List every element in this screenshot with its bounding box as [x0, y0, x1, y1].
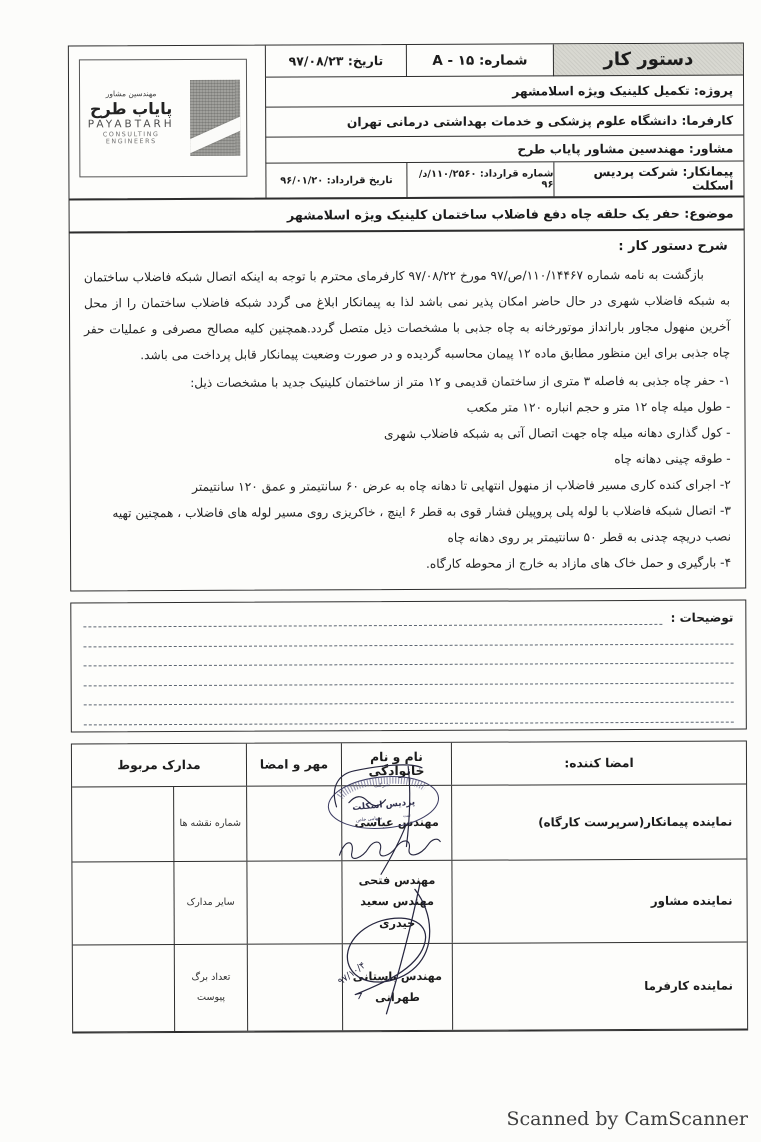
- logo-cell: مهندسین مشاور پایاب طرح PAYABTARH CONSUL…: [69, 46, 266, 199]
- header-docs: مدارک مربوط: [72, 744, 246, 787]
- signature-row-consultant: نماینده مشاور مهندس فتحی مهندس سعید حیدر…: [72, 860, 746, 946]
- name-client: مهندس باستانی طهرانی: [342, 944, 452, 1030]
- signature-header-row: امضا کننده: نام و نام خانوادگی مهر و امض…: [72, 742, 746, 788]
- logo-name-fa: پایاب طرح: [80, 100, 182, 118]
- docs-empty-cell: [72, 787, 173, 861]
- docs-pages: تعداد برگ پیوست: [174, 945, 247, 1031]
- subject-row: موضوع: حفر یک حلقه چاه دفع فاضلاب ساختما…: [69, 196, 745, 233]
- header-table: دستور کار شماره: ۱۵ - A تاریخ: ۹۷/۰۸/۲۳ …: [68, 43, 745, 200]
- item-1c: - طوقه چینی دهانه چاه: [85, 446, 731, 475]
- logo-tagline-fa: مهندسین مشاور: [80, 90, 182, 99]
- docs-drawings: شماره نقشه ها: [173, 787, 246, 861]
- notes-first-line: توضیحات :: [83, 607, 733, 628]
- contract-date-field: تاریخ قرارداد: ۹۶/۰۱/۲۰: [265, 163, 406, 198]
- consultant-name-1: مهندس فتحی: [359, 870, 436, 892]
- header-signer: امضا کننده:: [451, 742, 746, 785]
- item-1a: - طول میله چاه ۱۲ متر و حجم انباره ۱۲۰ م…: [84, 394, 730, 423]
- logo-diagonal-bar: [190, 116, 240, 154]
- docs-empty-cell: [72, 862, 173, 944]
- docs-empty-cell: [73, 945, 174, 1031]
- document-title: دستور کار: [553, 44, 743, 77]
- consultant-name-2: مهندس سعید حیدری: [343, 891, 452, 934]
- signature-row-client: نماینده کارفرما مهندس باستانی طهرانی تعد…: [73, 943, 747, 1033]
- consultant-field: مشاور: مهندسین مشاور پایاب طرح: [265, 136, 743, 164]
- notes-label: توضیحات :: [663, 611, 734, 625]
- description-intro: بازگشت به نامه شماره ۱۱۰/۱۴۴۶۷/ص/۹۷ مورخ…: [84, 262, 730, 369]
- stamp-signature-cell: [246, 861, 341, 943]
- docs-pages-line2: پیوست: [197, 988, 225, 1008]
- stamp-signature-cell: [246, 786, 341, 860]
- description-items: ۱- حفر چاه جذبی به فاصله ۳ متری از ساختم…: [84, 368, 731, 579]
- contractor-field: پیمانکار: شرکت پردیس اسکلت: [553, 162, 743, 197]
- work-order-document: دستور کار شماره: ۱۵ - A تاریخ: ۹۷/۰۸/۲۳ …: [68, 43, 748, 1034]
- header-name: نام و نام خانوادگی: [341, 743, 451, 785]
- name-contractor: مهندس عباسی: [341, 786, 451, 860]
- role-consultant: نماینده مشاور: [451, 860, 746, 943]
- project-field: پروژه: تکمیل کلینیک ویژه اسلامشهر: [265, 76, 743, 108]
- item-3: ۳- اتصال شبکه فاضلاب با لوله پلی پروپیلن…: [85, 498, 731, 553]
- description-heading: شرح دستور کار :: [84, 236, 730, 265]
- signature-row-contractor: نماینده پیمانکار(سرپرست کارگاه) مهندس عب…: [72, 785, 746, 863]
- client-field: کارفرما: دانشگاه علوم پزشکی و خدمات بهدا…: [265, 106, 743, 138]
- dotted-line: [84, 703, 734, 725]
- dotted-line: [83, 610, 662, 628]
- item-1b: - کول گذاری دهانه میله چاه جهت اتصال آتی…: [84, 420, 730, 449]
- contract-number-field: شماره قرارداد: ۱۱۰/۲۵۶۰/د/۹۶: [406, 162, 553, 197]
- logo-name-en: PAYABTARH: [80, 119, 182, 131]
- logo-mark-icon: [190, 80, 240, 156]
- document-date: تاریخ: ۹۷/۰۸/۲۳: [265, 45, 406, 78]
- role-client: نماینده کارفرما: [452, 943, 747, 1030]
- header-stamp: مهر و امضا: [246, 743, 341, 785]
- docs-other: سایر مدارک: [173, 862, 246, 944]
- logo-text: مهندسین مشاور پایاب طرح PAYABTARH CONSUL…: [80, 90, 182, 146]
- item-4: ۴- بارگیری و حمل خاک های مازاد به خارج ا…: [85, 550, 731, 579]
- work-order-description: شرح دستور کار : بازگشت به نامه شماره ۱۱۰…: [69, 229, 747, 592]
- item-1: ۱- حفر چاه جذبی به فاصله ۳ متری از ساختم…: [84, 368, 730, 397]
- name-consultant: مهندس فتحی مهندس سعید حیدری: [341, 861, 451, 943]
- docs-pages-line1: تعداد برگ: [191, 968, 230, 988]
- notes-section: توضیحات :: [70, 600, 747, 733]
- company-logo: مهندسین مشاور پایاب طرح PAYABTARH CONSUL…: [79, 59, 248, 178]
- logo-subtitle-en: CONSULTING ENGINEERS: [80, 132, 182, 146]
- camscanner-watermark: Scanned by CamScanner: [506, 1108, 748, 1130]
- scanned-document-page: دستور کار شماره: ۱۵ - A تاریخ: ۹۷/۰۸/۲۳ …: [0, 0, 761, 1142]
- role-contractor: نماینده پیمانکار(سرپرست کارگاه): [451, 785, 746, 860]
- stamp-signature-cell: [247, 944, 342, 1030]
- item-2: ۲- اجرای کنده کاری مسیر فاضلاب از منهول …: [85, 472, 731, 501]
- document-number: شماره: ۱۵ - A: [406, 44, 553, 77]
- signature-table: امضا کننده: نام و نام خانوادگی مهر و امض…: [71, 741, 748, 1034]
